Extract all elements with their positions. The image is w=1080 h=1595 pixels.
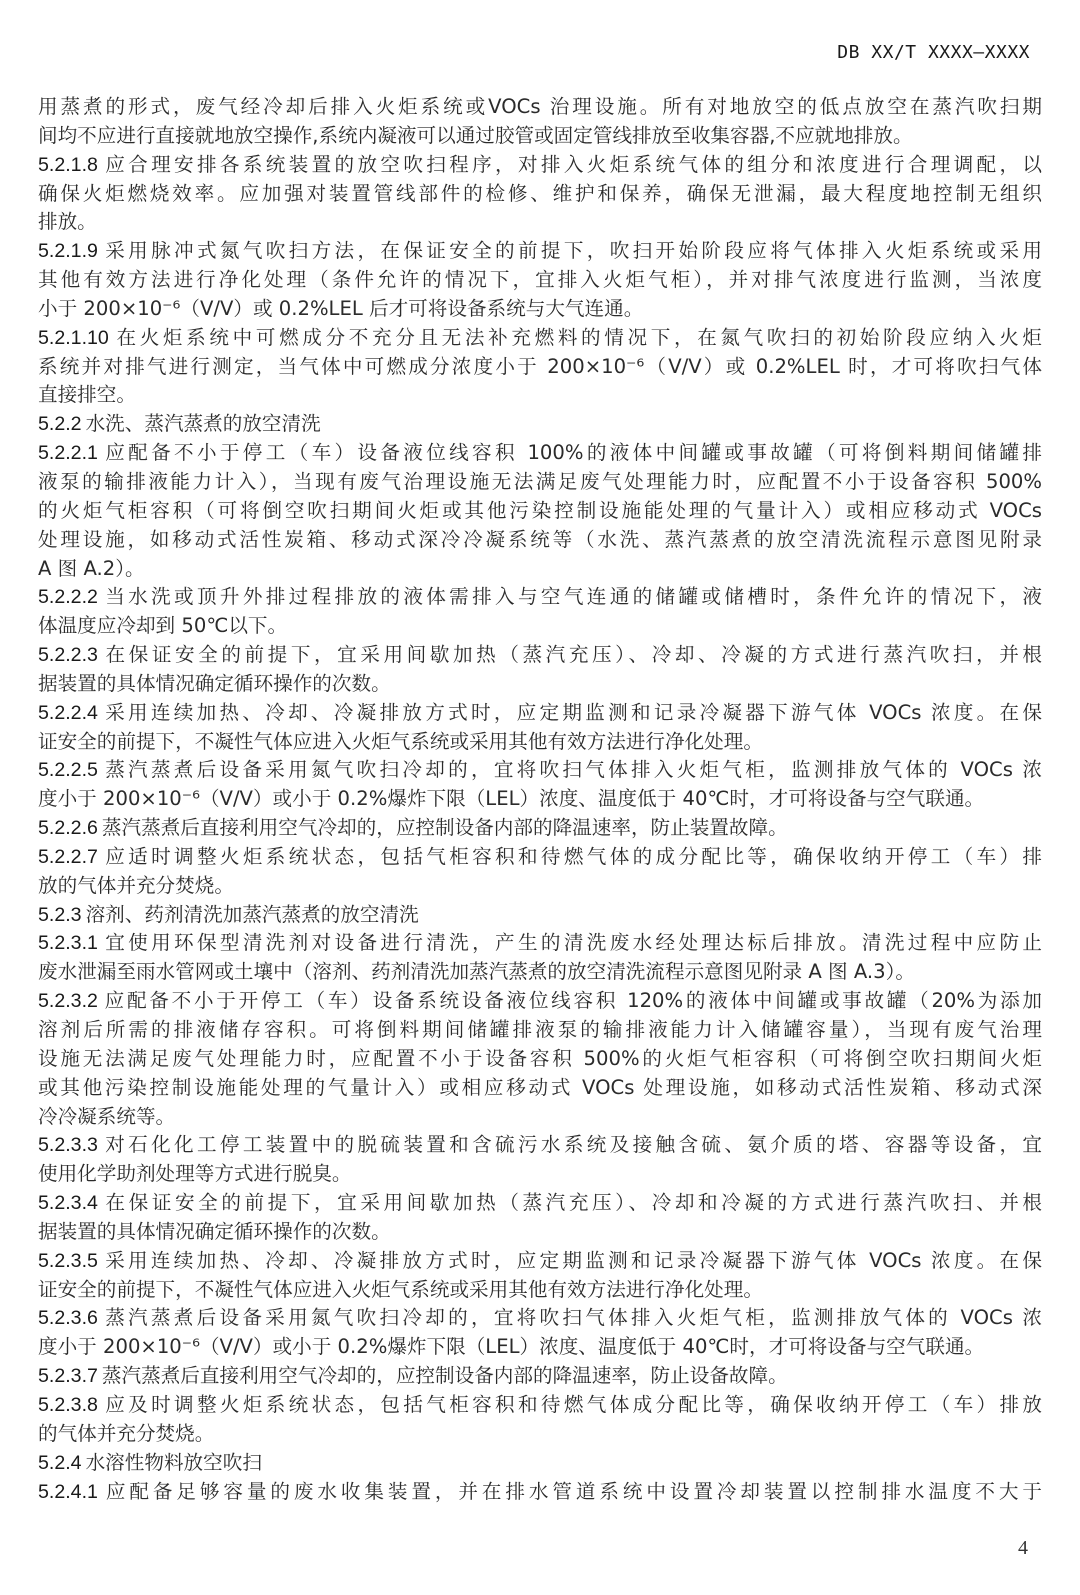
text-line: A 图 A.2）。 — [38, 555, 1042, 584]
text-line: 放的气体并充分焚烧。 — [38, 872, 1042, 901]
clause-number: 5.2.3.8 — [38, 1394, 98, 1416]
line-text: 体温度应冷却到 50℃以下。 — [38, 614, 287, 637]
line-text: 据装置的具体情况确定循环操作的次数。 — [38, 672, 391, 695]
line-text: 溶剂后所需的排液储存容积。可将倒料期间储罐排液泵的输排液能力计入储罐容量），当现… — [38, 1018, 1042, 1041]
text-line: 据装置的具体情况确定循环操作的次数。 — [38, 1218, 1042, 1247]
text-line: 证安全的前提下，不凝性气体应进入火炬气系统或采用其他有效方法进行净化处理。 — [38, 728, 1042, 757]
clause-line: 5.2.2.3在保证安全的前提下，宜采用间歇加热（蒸汽充压）、冷却、冷凝的方式进… — [38, 641, 1042, 670]
line-text: 对石化化工停工装置中的脱硫装置和含硫污水系统及接触含硫、氨介质的塔、容器等设备，… — [102, 1133, 1042, 1156]
line-text: 用蒸煮的形式，废气经冷却后排入火炬系统或VOCs 治理设施。所有对地放空的低点放… — [38, 95, 1042, 118]
line-text: 在保证安全的前提下，宜采用间歇加热（蒸汽充压）、冷却、冷凝的方式进行蒸汽吹扫，并… — [102, 643, 1042, 666]
clause-number: 5.2.2.2 — [38, 586, 98, 608]
text-line: 证安全的前提下，不凝性气体应进入火炬气系统或采用其他有效方法进行净化处理。 — [38, 1276, 1042, 1305]
line-text: 蒸汽蒸煮后设备采用氮气吹扫冷却的，宜将吹扫气体排入火炬气柜，监测排放气体的 VO… — [102, 758, 1042, 781]
section-heading: 5.2.4水溶性物料放空吹扫 — [38, 1449, 1042, 1478]
line-text: 蒸汽蒸煮后直接利用空气冷却的，应控制设备内部的降温速率，防止设备故障。 — [102, 1364, 788, 1387]
text-line: 据装置的具体情况确定循环操作的次数。 — [38, 670, 1042, 699]
clause-number: 5.2.3.5 — [38, 1250, 98, 1272]
text-line: 溶剂后所需的排液储存容积。可将倒料期间储罐排液泵的输排液能力计入储罐容量），当现… — [38, 1016, 1042, 1045]
clause-line: 5.2.3.7蒸汽蒸煮后直接利用空气冷却的，应控制设备内部的降温速率，防止设备故… — [38, 1362, 1042, 1391]
line-text: 据装置的具体情况确定循环操作的次数。 — [38, 1220, 391, 1243]
line-text: 水溶性物料放空吹扫 — [86, 1451, 262, 1474]
clause-number: 5.2.3.2 — [38, 990, 98, 1012]
line-text: 的火炬气柜容积（可将倒空吹扫期间火炬或其他污染控制设施能处理的气量计入）或相应移… — [38, 499, 1042, 522]
line-text: 应及时调整火炬系统状态，包括气柜容积和待燃气体成分配比等，确保收纳开停工（车）排… — [102, 1393, 1042, 1416]
line-text: 度小于 200×10⁻⁶（V/V）或小于 0.2%爆炸下限（LEL）浓度、温度低… — [38, 1335, 984, 1358]
clause-line: 5.2.2.6蒸汽蒸煮后直接利用空气冷却的，应控制设备内部的降温速率，防止装置故… — [38, 814, 1042, 843]
text-line: 或其他污染控制设施能处理的气量计入）或相应移动式 VOCs 处理设施，如移动式活… — [38, 1074, 1042, 1103]
text-line: 冷冷凝系统等。 — [38, 1103, 1042, 1132]
text-line: 度小于 200×10⁻⁶（V/V）或小于 0.2%爆炸下限（LEL）浓度、温度低… — [38, 785, 1042, 814]
line-text: 其他有效方法进行净化处理（条件允许的情况下，宜排入火炬气柜），并对排气浓度进行监… — [38, 268, 1042, 291]
line-text: 冷冷凝系统等。 — [38, 1105, 175, 1128]
text-line: 使用化学助剂处理等方式进行脱臭。 — [38, 1160, 1042, 1189]
clause-line: 5.2.1.10在火炬系统中可燃成分不充分且无法补充燃料的情况下，在氮气吹扫的初… — [38, 324, 1042, 353]
line-text: 在保证安全的前提下，宜采用间歇加热（蒸汽充压）、冷却和冷凝的方式进行蒸汽吹扫、并… — [102, 1191, 1042, 1214]
clause-line: 5.2.3.5采用连续加热、冷却、冷凝排放方式时，应定期监测和记录冷凝器下游气体… — [38, 1247, 1042, 1276]
clause-line: 5.2.2.2当水洗或顶升外排过程排放的液体需排入与空气连通的储罐或储槽时，条件… — [38, 583, 1042, 612]
text-line: 系统并对排气进行测定，当气体中可燃成分浓度小于 200×10⁻⁶（V/V）或 0… — [38, 353, 1042, 382]
clause-line: 5.2.2.5蒸汽蒸煮后设备采用氮气吹扫冷却的，宜将吹扫气体排入火炬气柜，监测排… — [38, 756, 1042, 785]
clause-line: 5.2.4.1应配备足够容量的废水收集装置，并在排水管道系统中设置冷却装置以控制… — [38, 1478, 1042, 1507]
line-text: 排放。 — [38, 210, 97, 233]
clause-number: 5.2.3.7 — [38, 1365, 98, 1387]
clause-number: 5.2.4.1 — [38, 1481, 98, 1503]
line-text: 蒸汽蒸煮后设备采用氮气吹扫冷却的，宜将吹扫气体排入火炬气柜，监测排放气体的 VO… — [102, 1306, 1042, 1329]
line-text: 在火炬系统中可燃成分不充分且无法补充燃料的情况下，在氮气吹扫的初始阶段应纳入火炬 — [113, 326, 1042, 349]
clause-line: 5.2.3.6蒸汽蒸煮后设备采用氮气吹扫冷却的，宜将吹扫气体排入火炬气柜，监测排… — [38, 1304, 1042, 1333]
line-text: 证安全的前提下，不凝性气体应进入火炬气系统或采用其他有效方法进行净化处理。 — [38, 1278, 763, 1301]
text-line: 确保火炬燃烧效率。应加强对装置管线部件的检修、维护和保养，确保无泄漏，最大程度地… — [38, 180, 1042, 209]
text-line: 其他有效方法进行净化处理（条件允许的情况下，宜排入火炬气柜），并对排气浓度进行监… — [38, 266, 1042, 295]
text-line: 处理设施，如移动式活性炭箱、移动式深冷冷凝系统等（水洗、蒸汽蒸煮的放空清洗流程示… — [38, 526, 1042, 555]
section-heading: 5.2.3溶剂、药剂清洗加蒸汽蒸煮的放空清洗 — [38, 901, 1042, 930]
clause-number: 5.2.2 — [38, 413, 82, 435]
text-line: 废水泄漏至雨水管网或土壤中（溶剂、药剂清洗加蒸汽蒸煮的放空清洗流程示意图见附录 … — [38, 958, 1042, 987]
clause-number: 5.2.1.9 — [38, 240, 98, 262]
line-text: 应配备不小于开停工（车）设备系统设备液位线容积 120%的液体中间罐或事故罐（2… — [102, 989, 1042, 1012]
clause-number: 5.2.2.7 — [38, 846, 98, 868]
clause-number: 5.2.4 — [38, 1452, 82, 1474]
line-text: 度小于 200×10⁻⁶（V/V）或小于 0.2%爆炸下限（LEL）浓度、温度低… — [38, 787, 984, 810]
clause-line: 5.2.1.8应合理安排各系统装置的放空吹扫程序，对排入火炬系统气体的组分和浓度… — [38, 151, 1042, 180]
clause-number: 5.2.3.6 — [38, 1307, 98, 1329]
line-text: 应适时调整火炬系统状态，包括气柜容积和待燃气体的成分配比等，确保收纳开停工（车）… — [102, 845, 1042, 868]
line-text: 放的气体并充分焚烧。 — [38, 874, 234, 897]
line-text: 水洗、蒸汽蒸煮的放空清洗 — [86, 412, 321, 435]
clause-line: 5.2.3.3对石化化工停工装置中的脱硫装置和含硫污水系统及接触含硫、氨介质的塔… — [38, 1131, 1042, 1160]
line-text: 间均不应进行直接就地放空操作,系统内凝液可以通过胶管或固定管线排放至收集容器,不… — [38, 124, 913, 147]
clause-line: 5.2.2.7应适时调整火炬系统状态，包括气柜容积和待燃气体的成分配比等，确保收… — [38, 843, 1042, 872]
line-text: 系统并对排气进行测定，当气体中可燃成分浓度小于 200×10⁻⁶（V/V）或 0… — [38, 355, 1042, 378]
section-heading: 5.2.2水洗、蒸汽蒸煮的放空清洗 — [38, 410, 1042, 439]
text-line: 小于 200×10⁻⁶（V/V）或 0.2%LEL 后才可将设备系统与大气连通。 — [38, 295, 1042, 324]
line-text: 废水泄漏至雨水管网或土壤中（溶剂、药剂清洗加蒸汽蒸煮的放空清洗流程示意图见附录 … — [38, 960, 915, 983]
line-text: 宜使用环保型清洗剂对设备进行清洗，产生的清洗废水经处理达标后排放。清洗过程中应防… — [102, 931, 1042, 954]
line-text: 采用连续加热、冷却、冷凝排放方式时，应定期监测和记录冷凝器下游气体 VOCs 浓… — [102, 1249, 1042, 1272]
text-line: 液泵的输排液能力计入），当现有废气治理设施无法满足废气处理能力时，应配置不小于设… — [38, 468, 1042, 497]
clause-line: 5.2.3.8应及时调整火炬系统状态，包括气柜容积和待燃气体成分配比等，确保收纳… — [38, 1391, 1042, 1420]
text-line: 体温度应冷却到 50℃以下。 — [38, 612, 1042, 641]
line-text: 或其他污染控制设施能处理的气量计入）或相应移动式 VOCs 处理设施，如移动式活… — [38, 1076, 1042, 1099]
clause-number: 5.2.2.3 — [38, 644, 98, 666]
text-line: 排放。 — [38, 208, 1042, 237]
line-text: 蒸汽蒸煮后直接利用空气冷却的，应控制设备内部的降温速率，防止装置故障。 — [102, 816, 788, 839]
clause-number: 5.2.3.4 — [38, 1192, 98, 1214]
text-line: 的气体并充分焚烧。 — [38, 1420, 1042, 1449]
document-body: 用蒸煮的形式，废气经冷却后排入火炬系统或VOCs 治理设施。所有对地放空的低点放… — [38, 93, 1042, 1506]
text-line: 间均不应进行直接就地放空操作,系统内凝液可以通过胶管或固定管线排放至收集容器,不… — [38, 122, 1042, 151]
clause-number: 5.2.1.10 — [38, 327, 109, 349]
line-text: 的气体并充分焚烧。 — [38, 1422, 214, 1445]
line-text: 当水洗或顶升外排过程排放的液体需排入与空气连通的储罐或储槽时，条件允许的情况下，… — [102, 585, 1042, 608]
clause-line: 5.2.3.1宜使用环保型清洗剂对设备进行清洗，产生的清洗废水经处理达标后排放。… — [38, 929, 1042, 958]
text-line: 设施无法满足废气处理能力时，应配置不小于设备容积 500%的火炬气柜容积（可将倒… — [38, 1045, 1042, 1074]
clause-line: 5.2.3.4在保证安全的前提下，宜采用间歇加热（蒸汽充压）、冷却和冷凝的方式进… — [38, 1189, 1042, 1218]
document-code-header: DB XX/T XXXX—XXXX — [837, 42, 1030, 63]
clause-line: 5.2.3.2应配备不小于开停工（车）设备系统设备液位线容积 120%的液体中间… — [38, 987, 1042, 1016]
text-line: 度小于 200×10⁻⁶（V/V）或小于 0.2%爆炸下限（LEL）浓度、温度低… — [38, 1333, 1042, 1362]
line-text: 应配备足够容量的废水收集装置，并在排水管道系统中设置冷却装置以控制排水温度不大于 — [102, 1480, 1042, 1503]
clause-number: 5.2.2.6 — [38, 817, 98, 839]
clause-number: 5.2.3.3 — [38, 1134, 98, 1156]
text-line: 的火炬气柜容积（可将倒空吹扫期间火炬或其他污染控制设施能处理的气量计入）或相应移… — [38, 497, 1042, 526]
line-text: 小于 200×10⁻⁶（V/V）或 0.2%LEL 后才可将设备系统与大气连通。 — [38, 297, 643, 320]
clause-number: 5.2.2.5 — [38, 759, 98, 781]
clause-number: 5.2.3.1 — [38, 932, 98, 954]
clause-number: 5.2.3 — [38, 904, 82, 926]
line-text: 证安全的前提下，不凝性气体应进入火炬气系统或采用其他有效方法进行净化处理。 — [38, 730, 763, 753]
page-number: 4 — [1018, 1537, 1028, 1560]
line-text: 使用化学助剂处理等方式进行脱臭。 — [38, 1162, 352, 1185]
clause-number: 5.2.2.1 — [38, 442, 98, 464]
text-line: 直接排空。 — [38, 381, 1042, 410]
line-text: A 图 A.2）。 — [38, 557, 145, 580]
text-line: 用蒸煮的形式，废气经冷却后排入火炬系统或VOCs 治理设施。所有对地放空的低点放… — [38, 93, 1042, 122]
clause-line: 5.2.1.9采用脉冲式氮气吹扫方法，在保证安全的前提下，吹扫开始阶段应将气体排… — [38, 237, 1042, 266]
line-text: 应配备不小于停工（车）设备液位线容积 100%的液体中间罐或事故罐（可将倒料期间… — [102, 441, 1042, 464]
line-text: 采用连续加热、冷却、冷凝排放方式时，应定期监测和记录冷凝器下游气体 VOCs 浓… — [102, 701, 1042, 724]
line-text: 采用脉冲式氮气吹扫方法，在保证安全的前提下，吹扫开始阶段应将气体排入火炬系统或采… — [102, 239, 1042, 262]
line-text: 确保火炬燃烧效率。应加强对装置管线部件的检修、维护和保养，确保无泄漏，最大程度地… — [38, 182, 1042, 205]
clause-number: 5.2.1.8 — [38, 154, 98, 176]
line-text: 处理设施，如移动式活性炭箱、移动式深冷冷凝系统等（水洗、蒸汽蒸煮的放空清洗流程示… — [38, 528, 1042, 551]
line-text: 直接排空。 — [38, 383, 136, 406]
line-text: 应合理安排各系统装置的放空吹扫程序，对排入火炬系统气体的组分和浓度进行合理调配，… — [102, 153, 1042, 176]
line-text: 溶剂、药剂清洗加蒸汽蒸煮的放空清洗 — [86, 903, 419, 926]
clause-line: 5.2.2.1应配备不小于停工（车）设备液位线容积 100%的液体中间罐或事故罐… — [38, 439, 1042, 468]
clause-number: 5.2.2.4 — [38, 702, 98, 724]
line-text: 液泵的输排液能力计入），当现有废气治理设施无法满足废气处理能力时，应配置不小于设… — [38, 470, 1042, 493]
line-text: 设施无法满足废气处理能力时，应配置不小于设备容积 500%的火炬气柜容积（可将倒… — [38, 1047, 1042, 1070]
clause-line: 5.2.2.4采用连续加热、冷却、冷凝排放方式时，应定期监测和记录冷凝器下游气体… — [38, 699, 1042, 728]
